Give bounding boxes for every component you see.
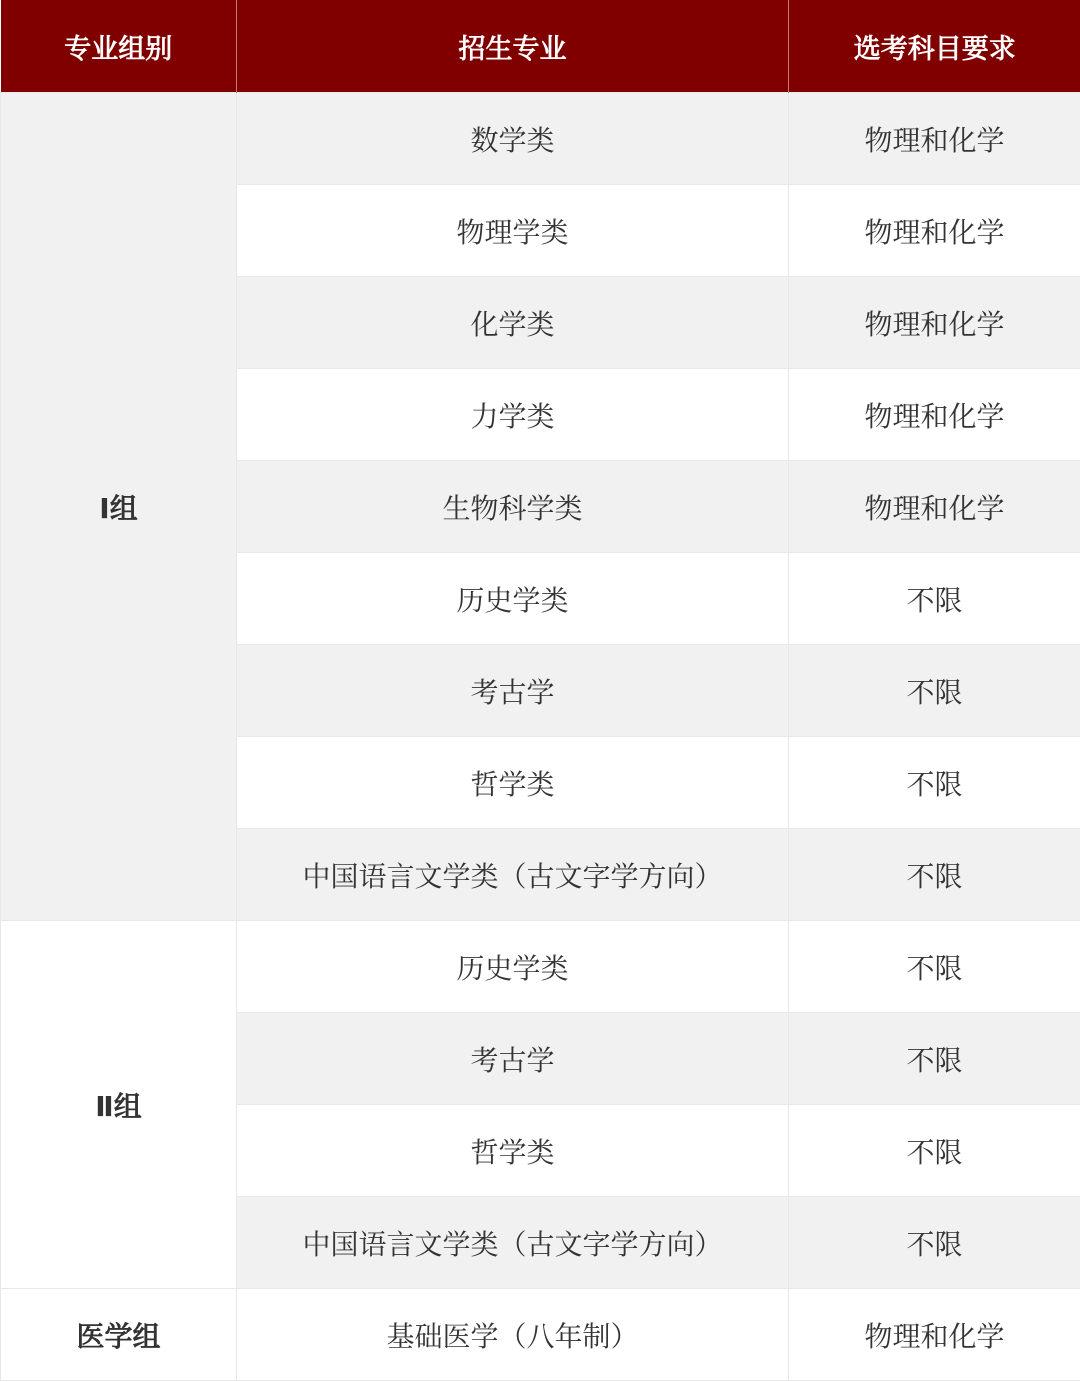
requirement-cell: 不限 — [789, 553, 1080, 645]
group-cell: Ⅱ组 — [1, 921, 237, 1289]
table-row: 医学组 基础医学（八年制） 物理和化学 — [1, 1289, 1080, 1381]
requirement-cell: 不限 — [789, 1013, 1080, 1105]
header-requirement: 选考科目要求 — [789, 0, 1080, 93]
requirement-cell: 物理和化学 — [789, 185, 1080, 277]
major-cell: 考古学 — [237, 645, 789, 737]
requirement-cell: 物理和化学 — [789, 369, 1080, 461]
requirement-cell: 不限 — [789, 921, 1080, 1013]
major-cell: 化学类 — [237, 277, 789, 369]
major-cell: 历史学类 — [237, 553, 789, 645]
major-cell: 力学类 — [237, 369, 789, 461]
requirement-cell: 不限 — [789, 1197, 1080, 1289]
requirement-cell: 物理和化学 — [789, 1289, 1080, 1381]
major-cell: 中国语言文学类（古文字学方向） — [237, 1197, 789, 1289]
requirement-cell: 不限 — [789, 645, 1080, 737]
major-cell: 中国语言文学类（古文字学方向） — [237, 829, 789, 921]
major-cell: 考古学 — [237, 1013, 789, 1105]
requirement-cell: 物理和化学 — [789, 277, 1080, 369]
major-cell: 生物科学类 — [237, 461, 789, 553]
header-major: 招生专业 — [237, 0, 789, 93]
requirement-cell: 物理和化学 — [789, 93, 1080, 185]
table-header-row: 专业组别 招生专业 选考科目要求 — [1, 0, 1080, 93]
major-cell: 数学类 — [237, 93, 789, 185]
major-cell: 哲学类 — [237, 737, 789, 829]
major-cell: 哲学类 — [237, 1105, 789, 1197]
header-group: 专业组别 — [1, 0, 237, 93]
requirement-cell: 不限 — [789, 829, 1080, 921]
group-cell: Ⅰ组 — [1, 93, 237, 921]
table-row: Ⅰ组 数学类 物理和化学 — [1, 93, 1080, 185]
major-cell: 基础医学（八年制） — [237, 1289, 789, 1381]
major-cell: 物理学类 — [237, 185, 789, 277]
table-row: Ⅱ组 历史学类 不限 — [1, 921, 1080, 1013]
requirement-cell: 不限 — [789, 1105, 1080, 1197]
major-cell: 历史学类 — [237, 921, 789, 1013]
enrollment-table: 专业组别 招生专业 选考科目要求 Ⅰ组 数学类 物理和化学 物理学类 物理和化学… — [0, 0, 1080, 1381]
group-cell: 医学组 — [1, 1289, 237, 1381]
requirement-cell: 物理和化学 — [789, 461, 1080, 553]
requirement-cell: 不限 — [789, 737, 1080, 829]
